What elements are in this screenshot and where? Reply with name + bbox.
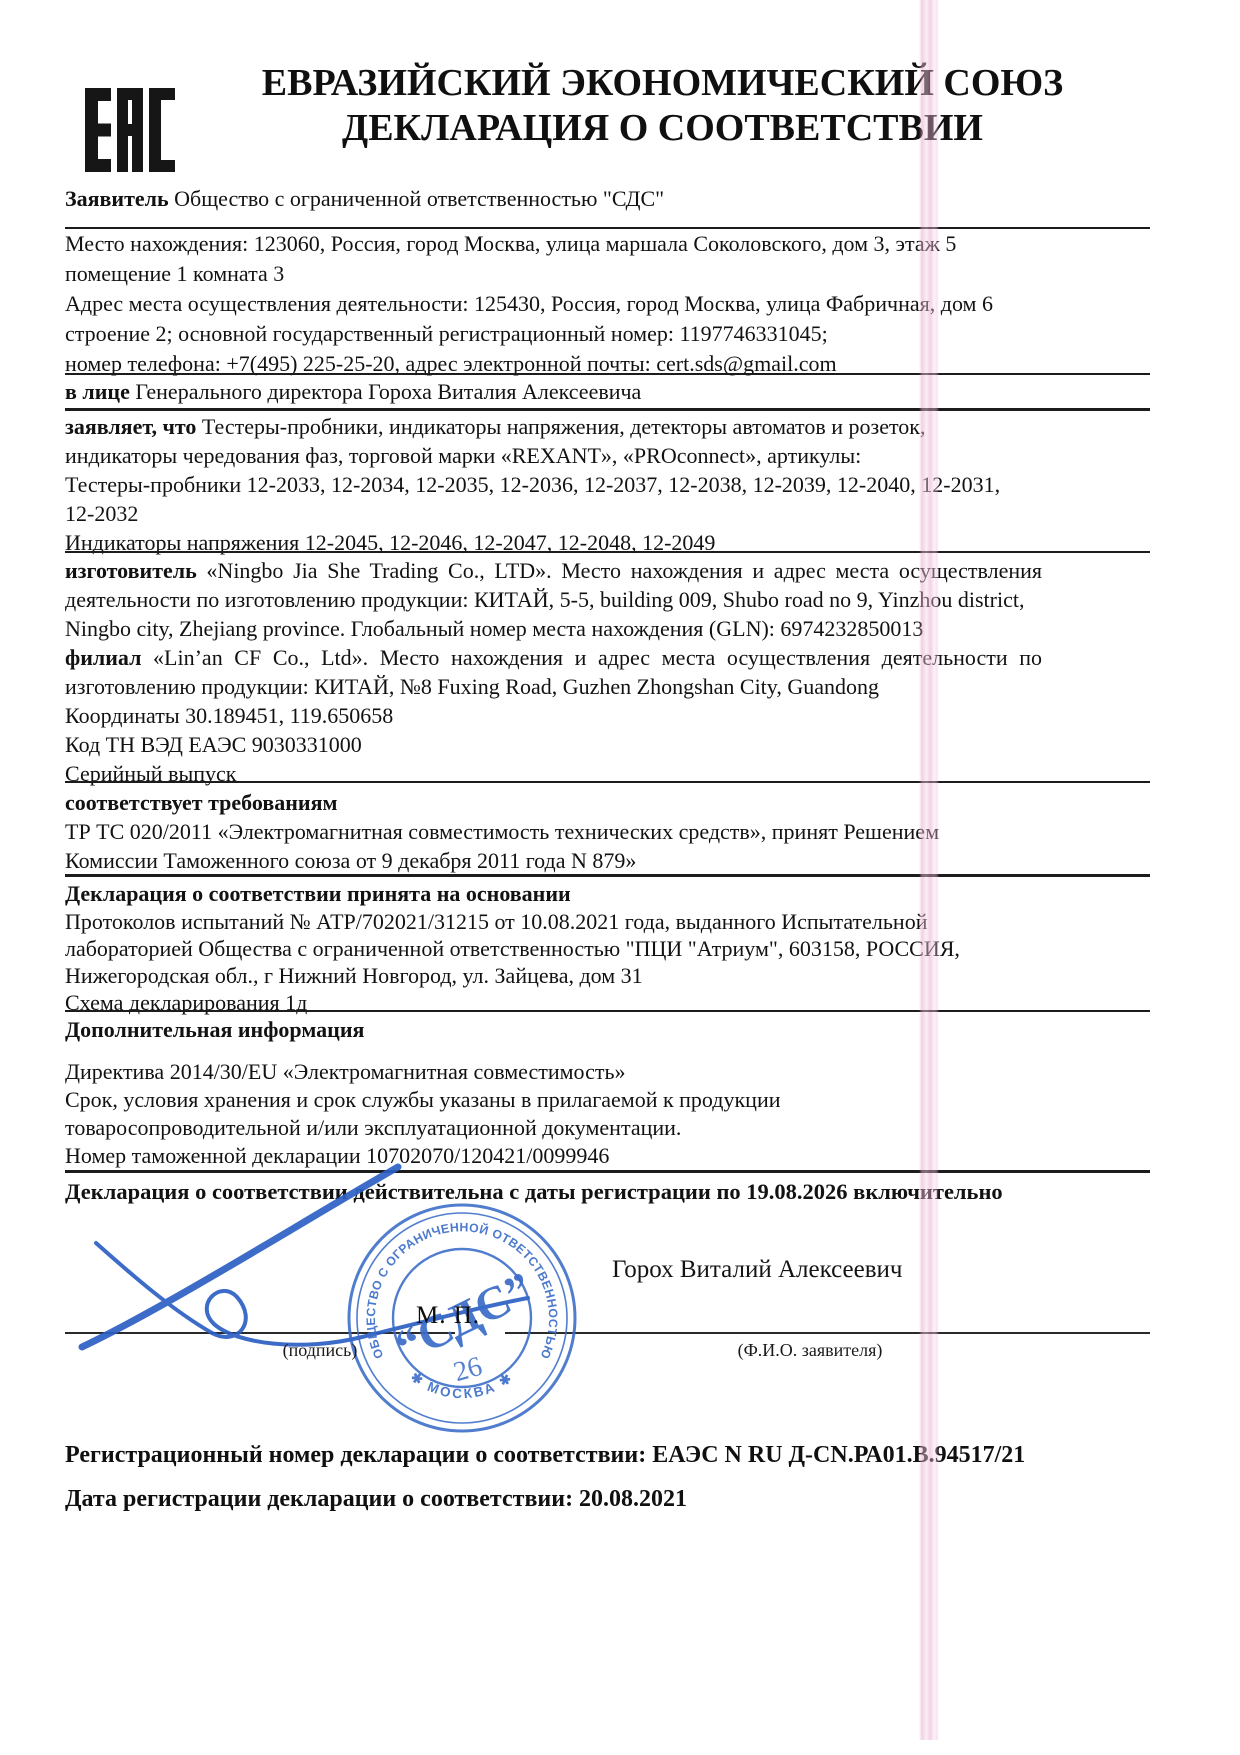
manufacturer-label: изготовитель: [65, 558, 197, 583]
compliance-section: соответствует требованиям ТР ТС 020/2011…: [65, 788, 1150, 875]
basis-line: лабораторией Общества с ограниченной отв…: [65, 935, 1150, 962]
stamp-number: 26: [450, 1351, 485, 1389]
declares-line: индикаторы чередования фаз, торговой мар…: [65, 441, 1150, 470]
applicant-label: Заявитель: [65, 186, 169, 211]
divider: [65, 874, 1150, 877]
additional-info-heading: Дополнительная информация: [65, 1015, 1150, 1044]
applicant-line: Заявитель Общество с ограниченной ответс…: [65, 184, 1150, 213]
eac-logo-icon: [85, 88, 175, 172]
divider: [65, 373, 1150, 375]
divider: [65, 1010, 1150, 1012]
declares-line: Тестеры-пробники 12-2033, 12-2034, 12-20…: [65, 470, 1150, 499]
basis-heading: Декларация о соответствии принята на осн…: [65, 879, 1150, 908]
declaration-document: ЕВРАЗИЙСКИЙ ЭКОНОМИЧЕСКИЙ СОЮЗ ДЕКЛАРАЦИ…: [0, 0, 1240, 1755]
manufacturer-line: деятельности по изготовлению продукции: …: [65, 585, 1150, 614]
additional-info-heading-wrap: Дополнительная информация: [65, 1015, 1150, 1044]
representative-line: в лице Генерального директора Гороха Вит…: [65, 377, 1150, 406]
representative-section: в лице Генерального директора Гороха Вит…: [65, 377, 1150, 406]
branch-label: филиал: [65, 645, 141, 670]
coordinates-line: Координаты 30.189451, 119.650658: [65, 701, 1150, 730]
document-title: ЕВРАЗИЙСКИЙ ЭКОНОМИЧЕСКИЙ СОЮЗ ДЕКЛАРАЦИ…: [190, 61, 1135, 151]
stamp-place-label: М. П.: [416, 1302, 480, 1330]
title-line-1: ЕВРАЗИЙСКИЙ ЭКОНОМИЧЕСКИЙ СОЮЗ: [190, 61, 1135, 106]
registration-date-line: Дата регистрации декларации о соответств…: [65, 1486, 687, 1513]
representative-label: в лице: [65, 379, 130, 404]
fio-caption: (Ф.И.О. заявителя): [700, 1340, 920, 1361]
compliance-line: Комиссии Таможенного союза от 9 декабря …: [65, 846, 1150, 875]
title-line-2: ДЕКЛАРАЦИЯ О СООТВЕТСТВИИ: [190, 106, 1135, 151]
manufacturer-text: «Ningbo Jia She Trading Co., LTD». Место…: [197, 558, 1042, 583]
registration-number-line: Регистрационный номер декларации о соотв…: [65, 1442, 1025, 1469]
basis-line: Протоколов испытаний № АТР/702021/31215 …: [65, 908, 1150, 935]
signature-caption: (подпись): [240, 1340, 400, 1361]
additional-line: Срок, условия хранения и срок службы ука…: [65, 1086, 1150, 1114]
declares-text: Тестеры-пробники, индикаторы напряжения,…: [196, 414, 925, 439]
manufacturer-section: изготовитель «Ningbo Jia She Trading Co.…: [65, 556, 1150, 788]
address-line: Место нахождения: 123060, Россия, город …: [65, 229, 1150, 259]
tnved-code-line: Код ТН ВЭД ЕАЭС 9030331000: [65, 730, 1150, 759]
compliance-heading: соответствует требованиям: [65, 788, 1150, 817]
applicant-fio: Горох Виталий Алексеевич: [612, 1256, 902, 1284]
serial-release-line: Серийный выпуск: [65, 759, 1150, 788]
basis-line: Нижегородская обл., г Нижний Новгород, у…: [65, 962, 1150, 989]
representative-text: Генерального директора Гороха Виталия Ал…: [130, 379, 641, 404]
divider: [65, 781, 1150, 783]
declares-label: заявляет, что: [65, 414, 196, 439]
address-line: помещение 1 комната 3: [65, 259, 1150, 289]
address-line: строение 2; основной государственный рег…: [65, 319, 1150, 349]
applicant-section: Заявитель Общество с ограниченной ответс…: [65, 184, 1150, 213]
additional-line: Директива 2014/30/EU «Электромагнитная с…: [65, 1058, 1150, 1086]
additional-line: товаросопроводительной и/или эксплуатаци…: [65, 1114, 1150, 1142]
fio-line: [505, 1332, 1150, 1334]
declared-products-section: заявляет, что Тестеры-пробники, индикато…: [65, 412, 1150, 557]
address-line: Адрес места осуществления деятельности: …: [65, 289, 1150, 319]
manufacturer-line: изготовитель «Ningbo Jia She Trading Co.…: [65, 556, 1042, 585]
declares-line: 12-2032: [65, 499, 1150, 528]
compliance-line: ТР ТС 020/2011 «Электромагнитная совмест…: [65, 817, 1150, 846]
branch-text: «Lin’an CF Co., Ltd». Место нахождения и…: [141, 645, 1042, 670]
branch-line: филиал «Lin’an CF Co., Ltd». Место нахож…: [65, 643, 1042, 672]
divider: [65, 551, 1150, 553]
divider: [65, 408, 1150, 411]
applicant-name: Общество с ограниченной ответственностью…: [169, 186, 665, 211]
manufacturer-line: Ningbo city, Zhejiang province. Глобальн…: [65, 614, 1150, 643]
basis-section: Декларация о соответствии принята на осн…: [65, 879, 1150, 1016]
declares-line: заявляет, что Тестеры-пробники, индикато…: [65, 412, 1150, 441]
address-section: Место нахождения: 123060, Россия, город …: [65, 229, 1150, 379]
manufacturer-line: изготовлению продукции: КИТАЙ, №8 Fuxing…: [65, 672, 1150, 701]
